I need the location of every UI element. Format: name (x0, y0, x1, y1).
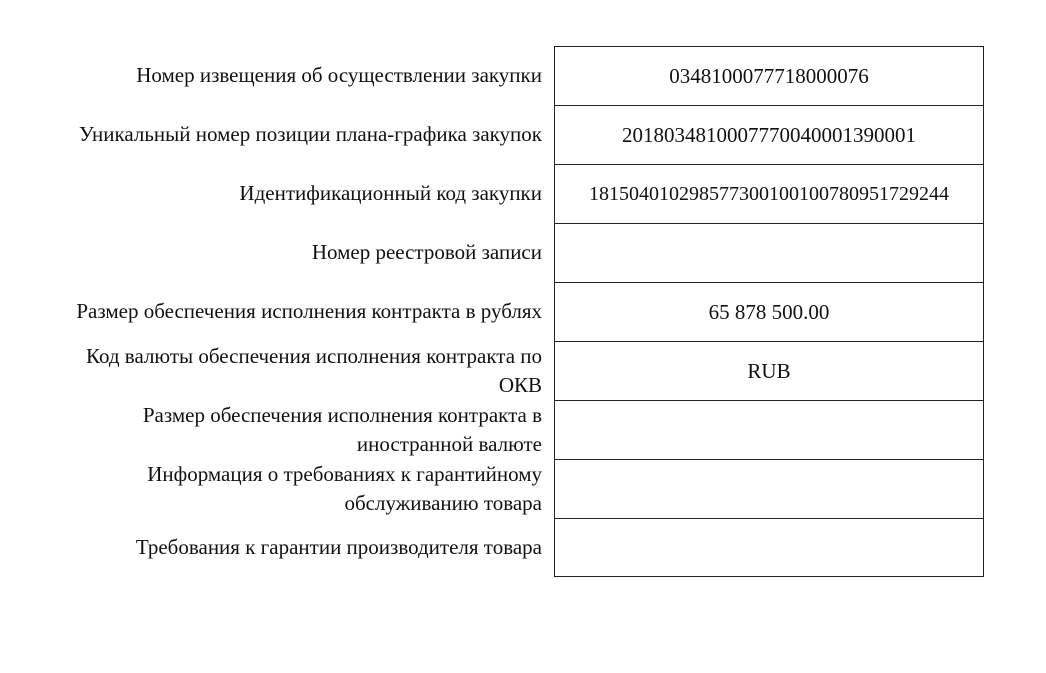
value-security-foreign (554, 400, 984, 459)
value-warranty-service (554, 459, 984, 518)
row-notice-number: Номер извещения об осуществлении закупки… (0, 46, 1046, 105)
procurement-info-table: Номер извещения об осуществлении закупки… (0, 46, 1046, 577)
label-procurement-code: Идентификационный код закупки (0, 164, 554, 223)
row-warranty-service: Информация о требованиях к гарантийному … (0, 459, 1046, 518)
row-procurement-code: Идентификационный код закупки 1815040102… (0, 164, 1046, 223)
label-warranty-service: Информация о требованиях к гарантийному … (0, 459, 554, 518)
label-security-rub: Размер обеспечения исполнения контракта … (0, 282, 554, 341)
label-manufacturer-warranty: Требования к гарантии производителя това… (0, 518, 554, 577)
row-security-rub: Размер обеспечения исполнения контракта … (0, 282, 1046, 341)
label-registry-number: Номер реестровой записи (0, 223, 554, 282)
label-security-foreign: Размер обеспечения исполнения контракта … (0, 400, 554, 459)
value-manufacturer-warranty (554, 518, 984, 577)
value-procurement-code: 181504010298577300100100780951729244 (554, 164, 984, 223)
label-plan-position-number: Уникальный номер позиции плана-графика з… (0, 105, 554, 164)
value-currency-code: RUB (554, 341, 984, 400)
value-registry-number (554, 223, 984, 282)
row-security-foreign: Размер обеспечения исполнения контракта … (0, 400, 1046, 459)
row-currency-code: Код валюты обеспечения исполнения контра… (0, 341, 1046, 400)
row-registry-number: Номер реестровой записи (0, 223, 1046, 282)
value-plan-position-number: 2018034810007770040001390001 (554, 105, 984, 164)
row-manufacturer-warranty: Требования к гарантии производителя това… (0, 518, 1046, 577)
value-notice-number: 0348100077718000076 (554, 46, 984, 105)
row-plan-position-number: Уникальный номер позиции плана-графика з… (0, 105, 1046, 164)
label-currency-code: Код валюты обеспечения исполнения контра… (0, 341, 554, 400)
value-security-rub: 65 878 500.00 (554, 282, 984, 341)
label-notice-number: Номер извещения об осуществлении закупки (0, 46, 554, 105)
